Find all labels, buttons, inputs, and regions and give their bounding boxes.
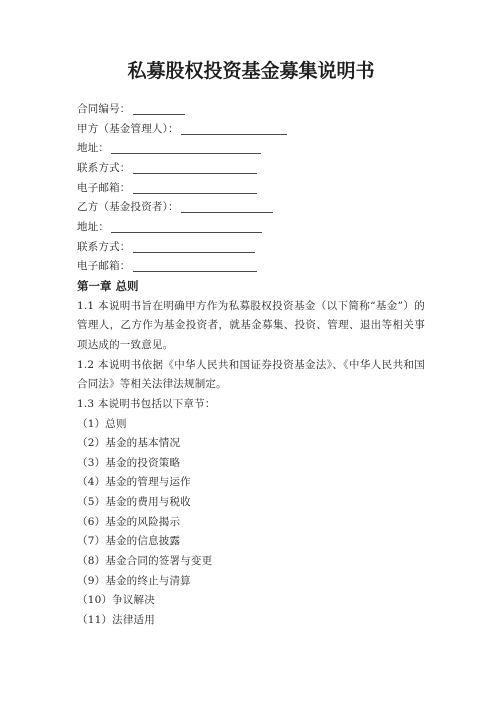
- fill-in-blank: [133, 182, 257, 194]
- fill-in-blank: [133, 260, 257, 272]
- fill-in-blank: [133, 103, 185, 115]
- field-row-contact-a: 联系方式：: [77, 159, 425, 179]
- field-row-email-b: 电子邮箱：: [77, 257, 425, 277]
- toc-item: （11）法律适用: [77, 611, 425, 631]
- field-label: 乙方（基金投资者）：: [77, 201, 179, 213]
- document-page: 私募股权投资基金募集说明书 合同编号： 甲方（基金管理人）： 地址： 联系方式：…: [0, 0, 500, 707]
- fill-in-blank: [133, 241, 255, 253]
- field-label: 电子邮箱：: [77, 260, 131, 272]
- toc-item: （2）基金的基本情况: [77, 434, 425, 454]
- toc-item: （4）基金的管理与运作: [77, 473, 425, 493]
- toc-item: （9）基金的终止与清算: [77, 572, 425, 592]
- fill-in-blank: [181, 123, 287, 135]
- field-label: 地址：: [77, 142, 109, 154]
- toc-item: （5）基金的费用与税收: [77, 493, 425, 513]
- field-label: 地址：: [77, 221, 109, 233]
- field-row-contact-b: 联系方式：: [77, 238, 425, 258]
- chapter-heading: 第一章 总则: [77, 277, 425, 297]
- field-label: 电子邮箱：: [77, 182, 131, 194]
- clause-1-1: 1.1 本说明书旨在明确甲方作为私募股权投资基金（以下简称“基金”）的管理人，乙…: [77, 297, 425, 356]
- clause-1-2: 1.2 本说明书依据《中华人民共和国证券投资基金法》、《中华人民共和国合同法》等…: [77, 356, 425, 395]
- field-label: 联系方式：: [77, 241, 131, 253]
- toc-item: （6）基金的风险揭示: [77, 513, 425, 533]
- toc-item: （7）基金的信息披露: [77, 532, 425, 552]
- toc-item: （8）基金合同的签署与变更: [77, 552, 425, 572]
- field-row-address-b: 地址：: [77, 218, 425, 238]
- fill-in-blank: [181, 201, 273, 213]
- toc-item: （1）总则: [77, 415, 425, 435]
- field-label: 合同编号：: [77, 103, 131, 115]
- field-row-email-a: 电子邮箱：: [77, 179, 425, 199]
- fill-in-blank: [111, 221, 262, 233]
- clause-1-3: 1.3 本说明书包括以下章节：: [77, 395, 425, 415]
- field-row-party-a: 甲方（基金管理人）：: [77, 120, 425, 140]
- header-fields: 合同编号： 甲方（基金管理人）： 地址： 联系方式： 电子邮箱： 乙方（基金投资…: [77, 100, 425, 277]
- toc-list: （1）总则 （2）基金的基本情况 （3）基金的投资策略 （4）基金的管理与运作 …: [77, 415, 425, 631]
- field-label: 联系方式：: [77, 162, 131, 174]
- fill-in-blank: [133, 162, 257, 174]
- toc-item: （10）争议解决: [77, 591, 425, 611]
- field-row-party-b: 乙方（基金投资者）：: [77, 198, 425, 218]
- toc-item: （3）基金的投资策略: [77, 454, 425, 474]
- fill-in-blank: [111, 142, 261, 154]
- field-label: 甲方（基金管理人）：: [77, 123, 179, 135]
- field-row-address-a: 地址：: [77, 139, 425, 159]
- field-row-contract-number: 合同编号：: [77, 100, 425, 120]
- document-title: 私募股权投资基金募集说明书: [77, 58, 425, 84]
